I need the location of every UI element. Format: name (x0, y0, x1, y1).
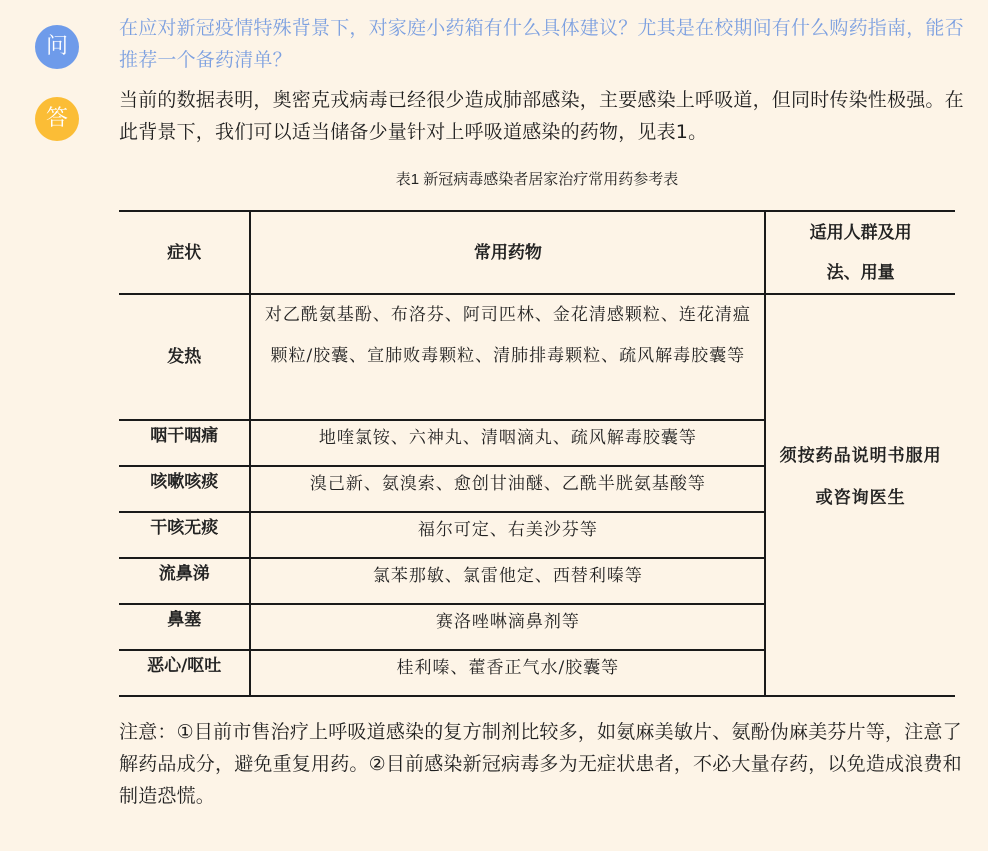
medicine-cell: 福尔可定、右美沙芬等 (250, 512, 765, 558)
answer-text: 当前的数据表明，奥密克戎病毒已经很少造成肺部感染，主要感染上呼吸道，但同时传染性… (119, 84, 964, 148)
header-usage: 适用人群及用法、用量 (765, 211, 955, 294)
table-header-row: 症状 常用药物 适用人群及用法、用量 (119, 211, 955, 294)
symptom-cell: 流鼻涕 (119, 558, 250, 604)
medicine-cell: 地喹氯铵、六神丸、清咽滴丸、疏风解毒胶囊等 (250, 420, 765, 466)
usage-cell: 须按药品说明书服用或咨询医生 (765, 294, 955, 696)
table-row: 发热 对乙酰氨基酚、布洛芬、阿司匹林、金花清感颗粒、连花清瘟颗粒/胶囊、宣肺败毒… (119, 294, 955, 420)
header-usage-text: 适用人群及用法、用量 (796, 213, 926, 293)
symptom-cell: 干咳无痰 (119, 512, 250, 558)
symptom-cell: 鼻塞 (119, 604, 250, 650)
question-text: 在应对新冠疫情特殊背景下，对家庭小药箱有什么具体建议？尤其是在校期间有什么购药指… (119, 12, 964, 76)
symptom-cell: 咳嗽咳痰 (119, 466, 250, 512)
note-text: 注意：①目前市售治疗上呼吸道感染的复方制剂比较多，如氨麻美敏片、氨酚伪麻美芬片等… (119, 716, 964, 812)
medicine-cell: 赛洛唑啉滴鼻剂等 (250, 604, 765, 650)
medicine-cell: 对乙酰氨基酚、布洛芬、阿司匹林、金花清感颗粒、连花清瘟颗粒/胶囊、宣肺败毒颗粒、… (250, 294, 765, 420)
symptom-cell: 恶心/呕吐 (119, 650, 250, 696)
usage-text: 须按药品说明书服用或咨询医生 (775, 435, 947, 519)
medicine-cell: 桂利嗪、藿香正气水/胶囊等 (250, 650, 765, 696)
medicine-reference-table: 症状 常用药物 适用人群及用法、用量 发热 对乙酰氨基酚、布洛芬、阿司匹林、金花… (119, 210, 955, 697)
table-caption: 表1 新冠病毒感染者居家治疗常用药参考表 (119, 168, 955, 189)
header-symptom: 症状 (119, 211, 250, 294)
symptom-cell: 咽干咽痛 (119, 420, 250, 466)
medicine-cell: 氯苯那敏、氯雷他定、西替利嗪等 (250, 558, 765, 604)
question-badge-icon: 问 (35, 25, 79, 69)
medicine-cell: 溴己新、氨溴索、愈创甘油醚、乙酰半胱氨基酸等 (250, 466, 765, 512)
medicine-text: 对乙酰氨基酚、布洛芬、阿司匹林、金花清感颗粒、连花清瘟颗粒/胶囊、宣肺败毒颗粒、… (258, 295, 758, 377)
header-medicines: 常用药物 (250, 211, 765, 294)
answer-badge-icon: 答 (35, 97, 79, 141)
symptom-cell: 发热 (119, 294, 250, 420)
